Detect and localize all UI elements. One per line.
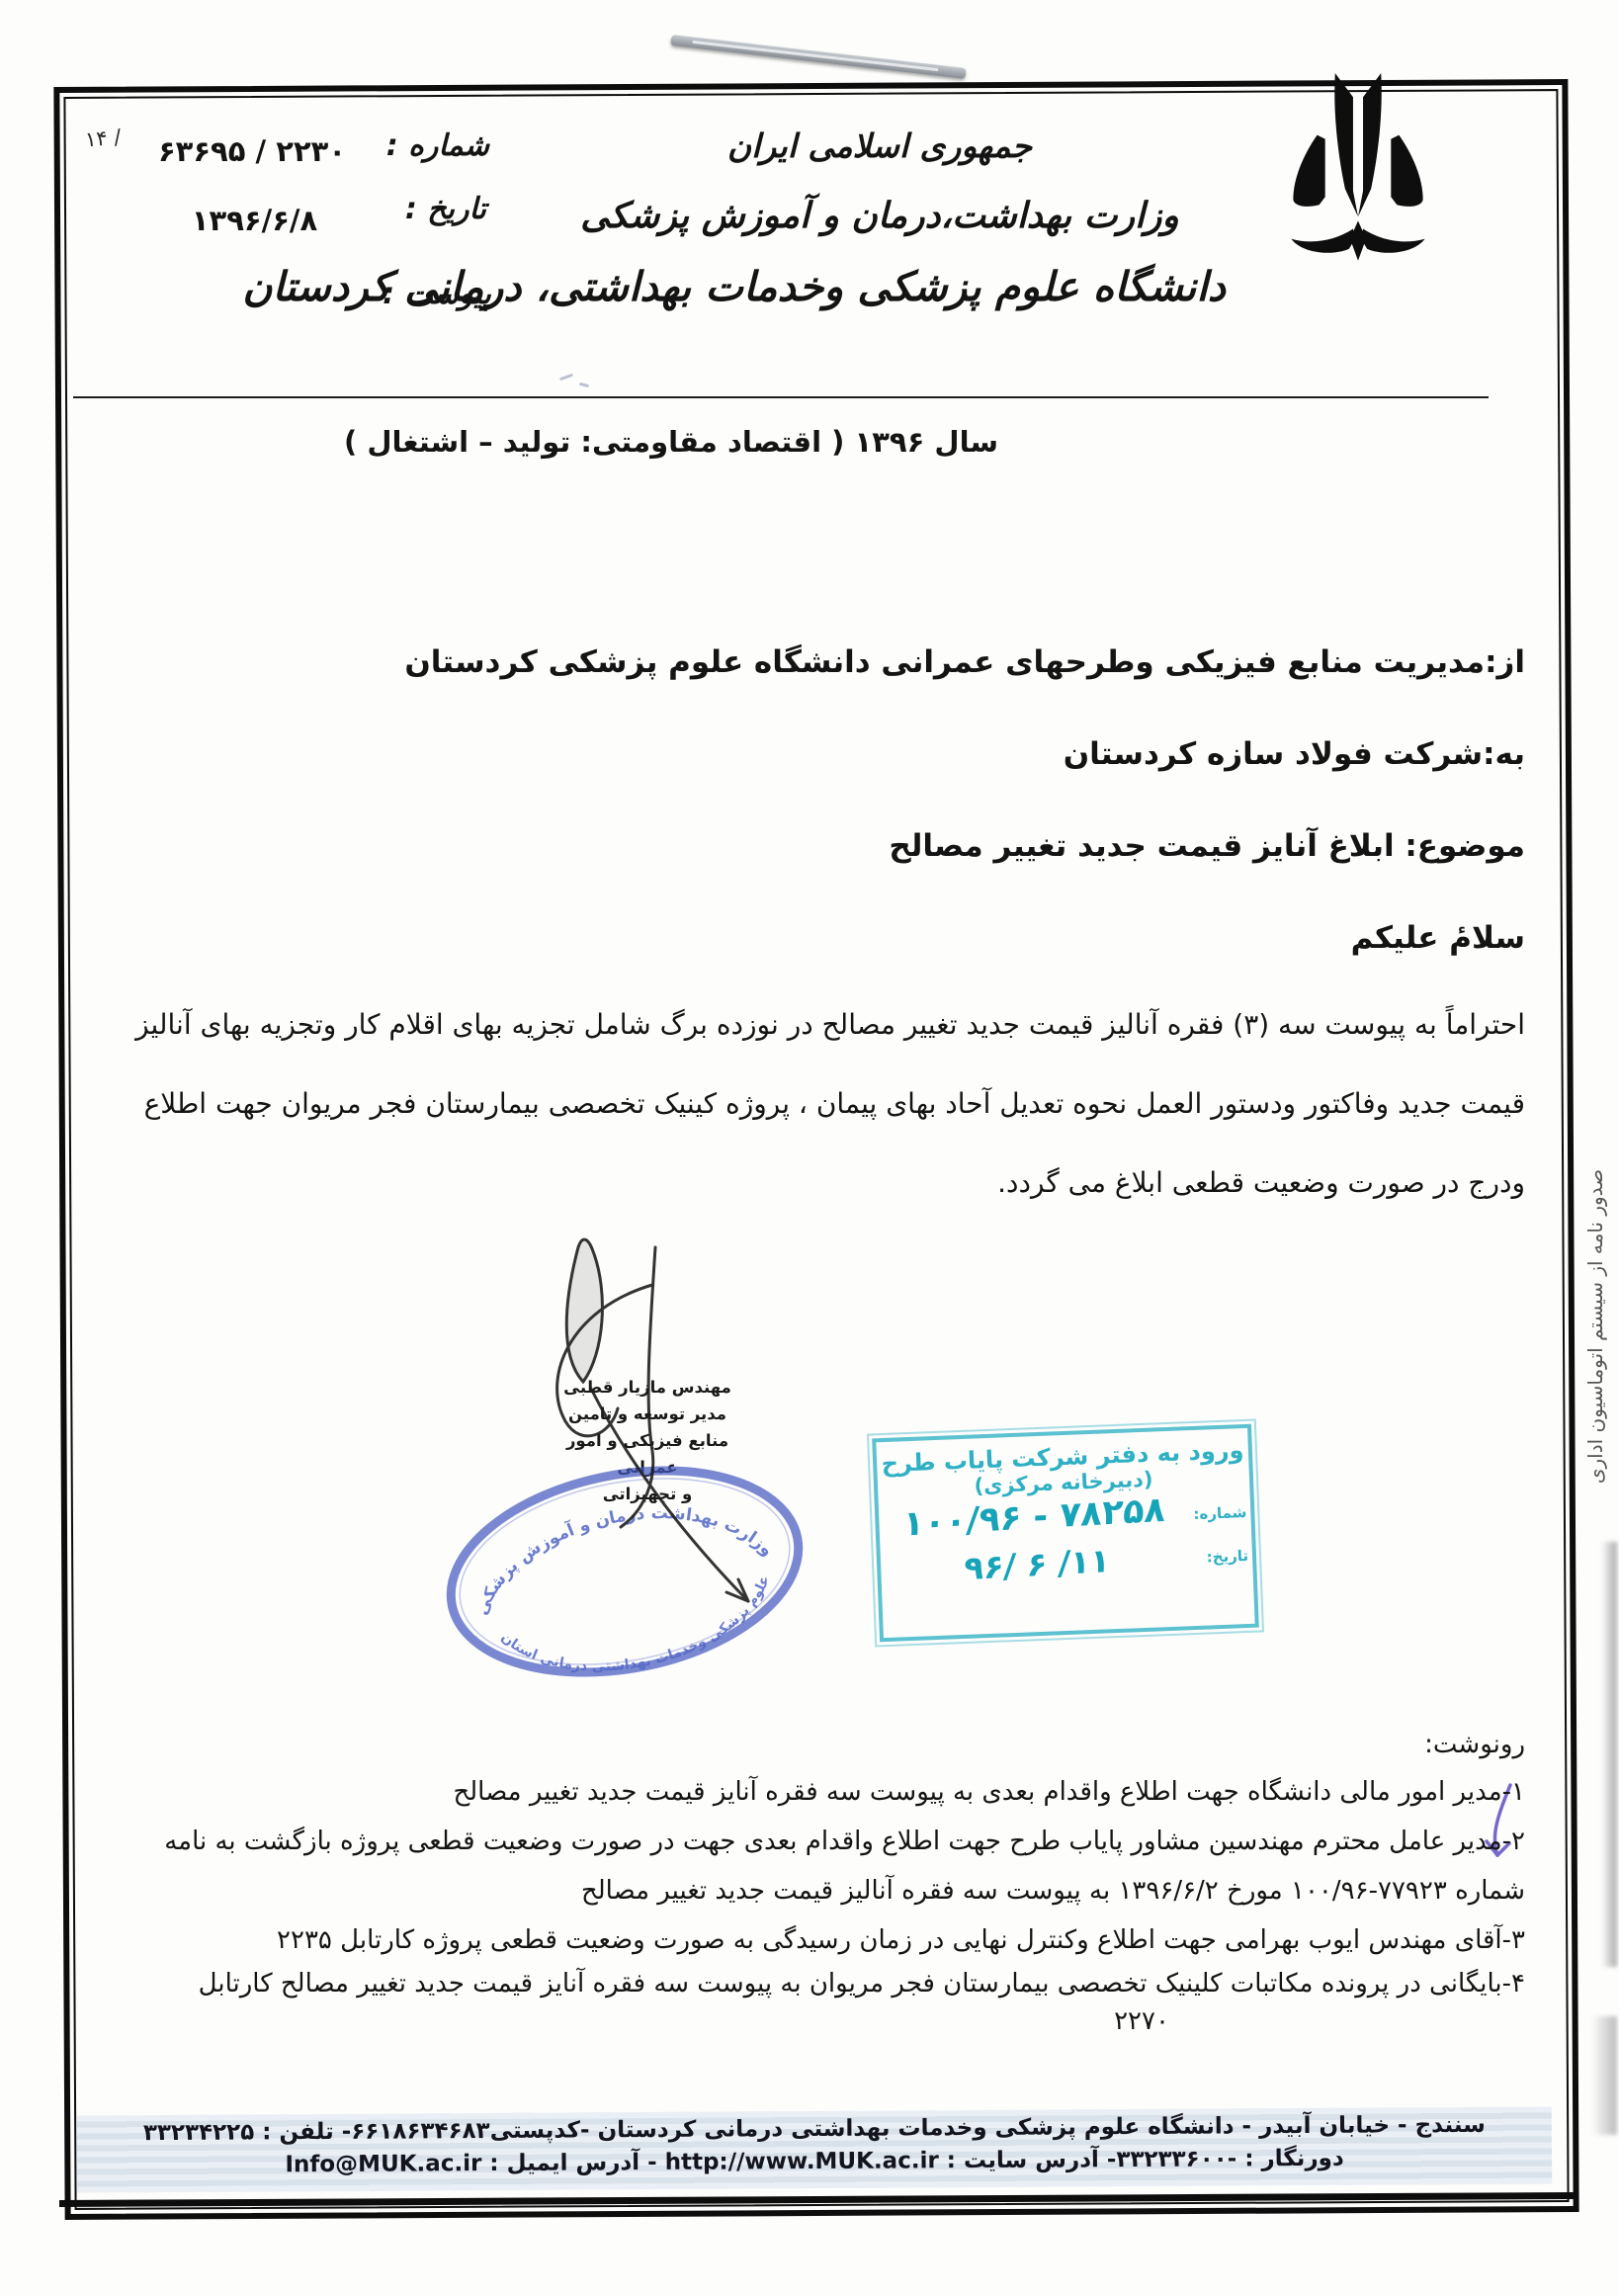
scan-smudge: [1591, 2016, 1617, 2135]
footer-address-line: سنندج - خیابان آبیدر - دانشگاه علوم پزشک…: [77, 2111, 1552, 2146]
letter-date-label: تاریخ :: [387, 192, 486, 226]
letterhead-country: جمهوری اسلامی ایران: [633, 127, 1127, 165]
letterhead-ministry: وزارت بهداشت،درمان و آموزش پزشکی: [534, 196, 1226, 236]
scan-smudge: [1601, 1542, 1617, 1967]
signer-name: مهندس مازیار قطبی: [534, 1374, 761, 1401]
signer-title: مدیر توسعه و تامین: [534, 1401, 761, 1427]
letter-from-line: از:مدیریت منابع فیزیکی وطرحهای عمرانی دا…: [404, 644, 1525, 680]
year-slogan: سال ۱۳۹۶ ( اقتصاد مقاومتی: تولید – اشتغا…: [395, 425, 998, 459]
cc-item-continuation: ۲۲۷۰: [1087, 2006, 1196, 2036]
staple-glint: [693, 41, 939, 71]
letter-date-value: ۱۳۹۶/۶/۸: [148, 204, 361, 237]
header-divider-rule: [73, 396, 1489, 398]
ministry-emblem-logo: [1283, 71, 1433, 281]
footer-address-band: سنندج - خیابان آبیدر - دانشگاه علوم پزشک…: [77, 2106, 1552, 2192]
cc-item: شماره ۷۷۹۲۳-۱۰۰/۹۶ مورخ ۱۳۹۶/۶/۲ به پیوس…: [581, 1876, 1525, 1906]
entry-stamp-date-label: تاریخ:: [1206, 1547, 1248, 1567]
letter-to-line: به:شرکت فولاد سازه کردستان: [1064, 736, 1525, 772]
cc-item: ۳-آقای مهندس ایوب بهرامی جهت اطلاع وکنتر…: [277, 1925, 1525, 1955]
letter-body-line: قیمت جدید وفاکتور ودستور العمل نحوه تعدی…: [144, 1087, 1525, 1120]
letter-body-line: ودرج در صورت وضعیت قطعی ابلاغ می گردد.: [997, 1166, 1525, 1199]
round-stamp-arc-top: وزارت بهداشت درمان و آموزش پزشکی: [458, 1479, 780, 1621]
entry-stamp-number-label: شماره:: [1193, 1503, 1247, 1523]
automation-side-note: صدور نامه از سیستم اتوماسیون اداری: [1583, 1030, 1607, 1623]
cc-heading: رونوشت:: [1424, 1730, 1525, 1759]
letter-number-value: ۲۲۳۰ / ۶۳۶۹۵: [128, 134, 376, 168]
cc-item: ۱-مدیر امور مالی دانشگاه جهت اطلاع واقدا…: [453, 1777, 1525, 1807]
letter-number-label: شماره :: [381, 128, 489, 163]
cc-item: ۴-بایگانی در پرونده مکاتبات کلینیک تخصصی…: [199, 1969, 1525, 1998]
svg-text:وزارت بهداشت درمان و آموزش پزش: وزارت بهداشت درمان و آموزش پزشکی: [458, 1479, 780, 1621]
letter-body-line: احتراماً به پیوست سه (۳) فقره آنالیز قیم…: [135, 1008, 1525, 1041]
scanned-letter-page: جمهوری اسلامی ایران وزارت بهداشت،درمان و…: [0, 0, 1619, 2296]
university-round-stamp: وزارت بهداشت درمان و آموزش پزشکی دانشگاه…: [433, 1443, 816, 1700]
letter-salutation: سلامٔ علیکم: [1351, 920, 1525, 956]
cc-item: ۲-مدیر عامل محترم مهندسین مشاور پایاب طر…: [164, 1827, 1525, 1856]
footer-contact-line: دورنگار : -۳۳۲۳۳۶۰۰- آدرس سایت : http://…: [77, 2144, 1552, 2178]
letter-attachment-label: پیوست :: [368, 277, 491, 311]
letter-subject-line: موضوع: ابلاغ آنایز قیمت جدید تغییر مصالح: [889, 828, 1525, 864]
company-entry-stamp: ورود به دفتر شرکت پایاب طرح (دبیرخانه مر…: [872, 1424, 1259, 1643]
